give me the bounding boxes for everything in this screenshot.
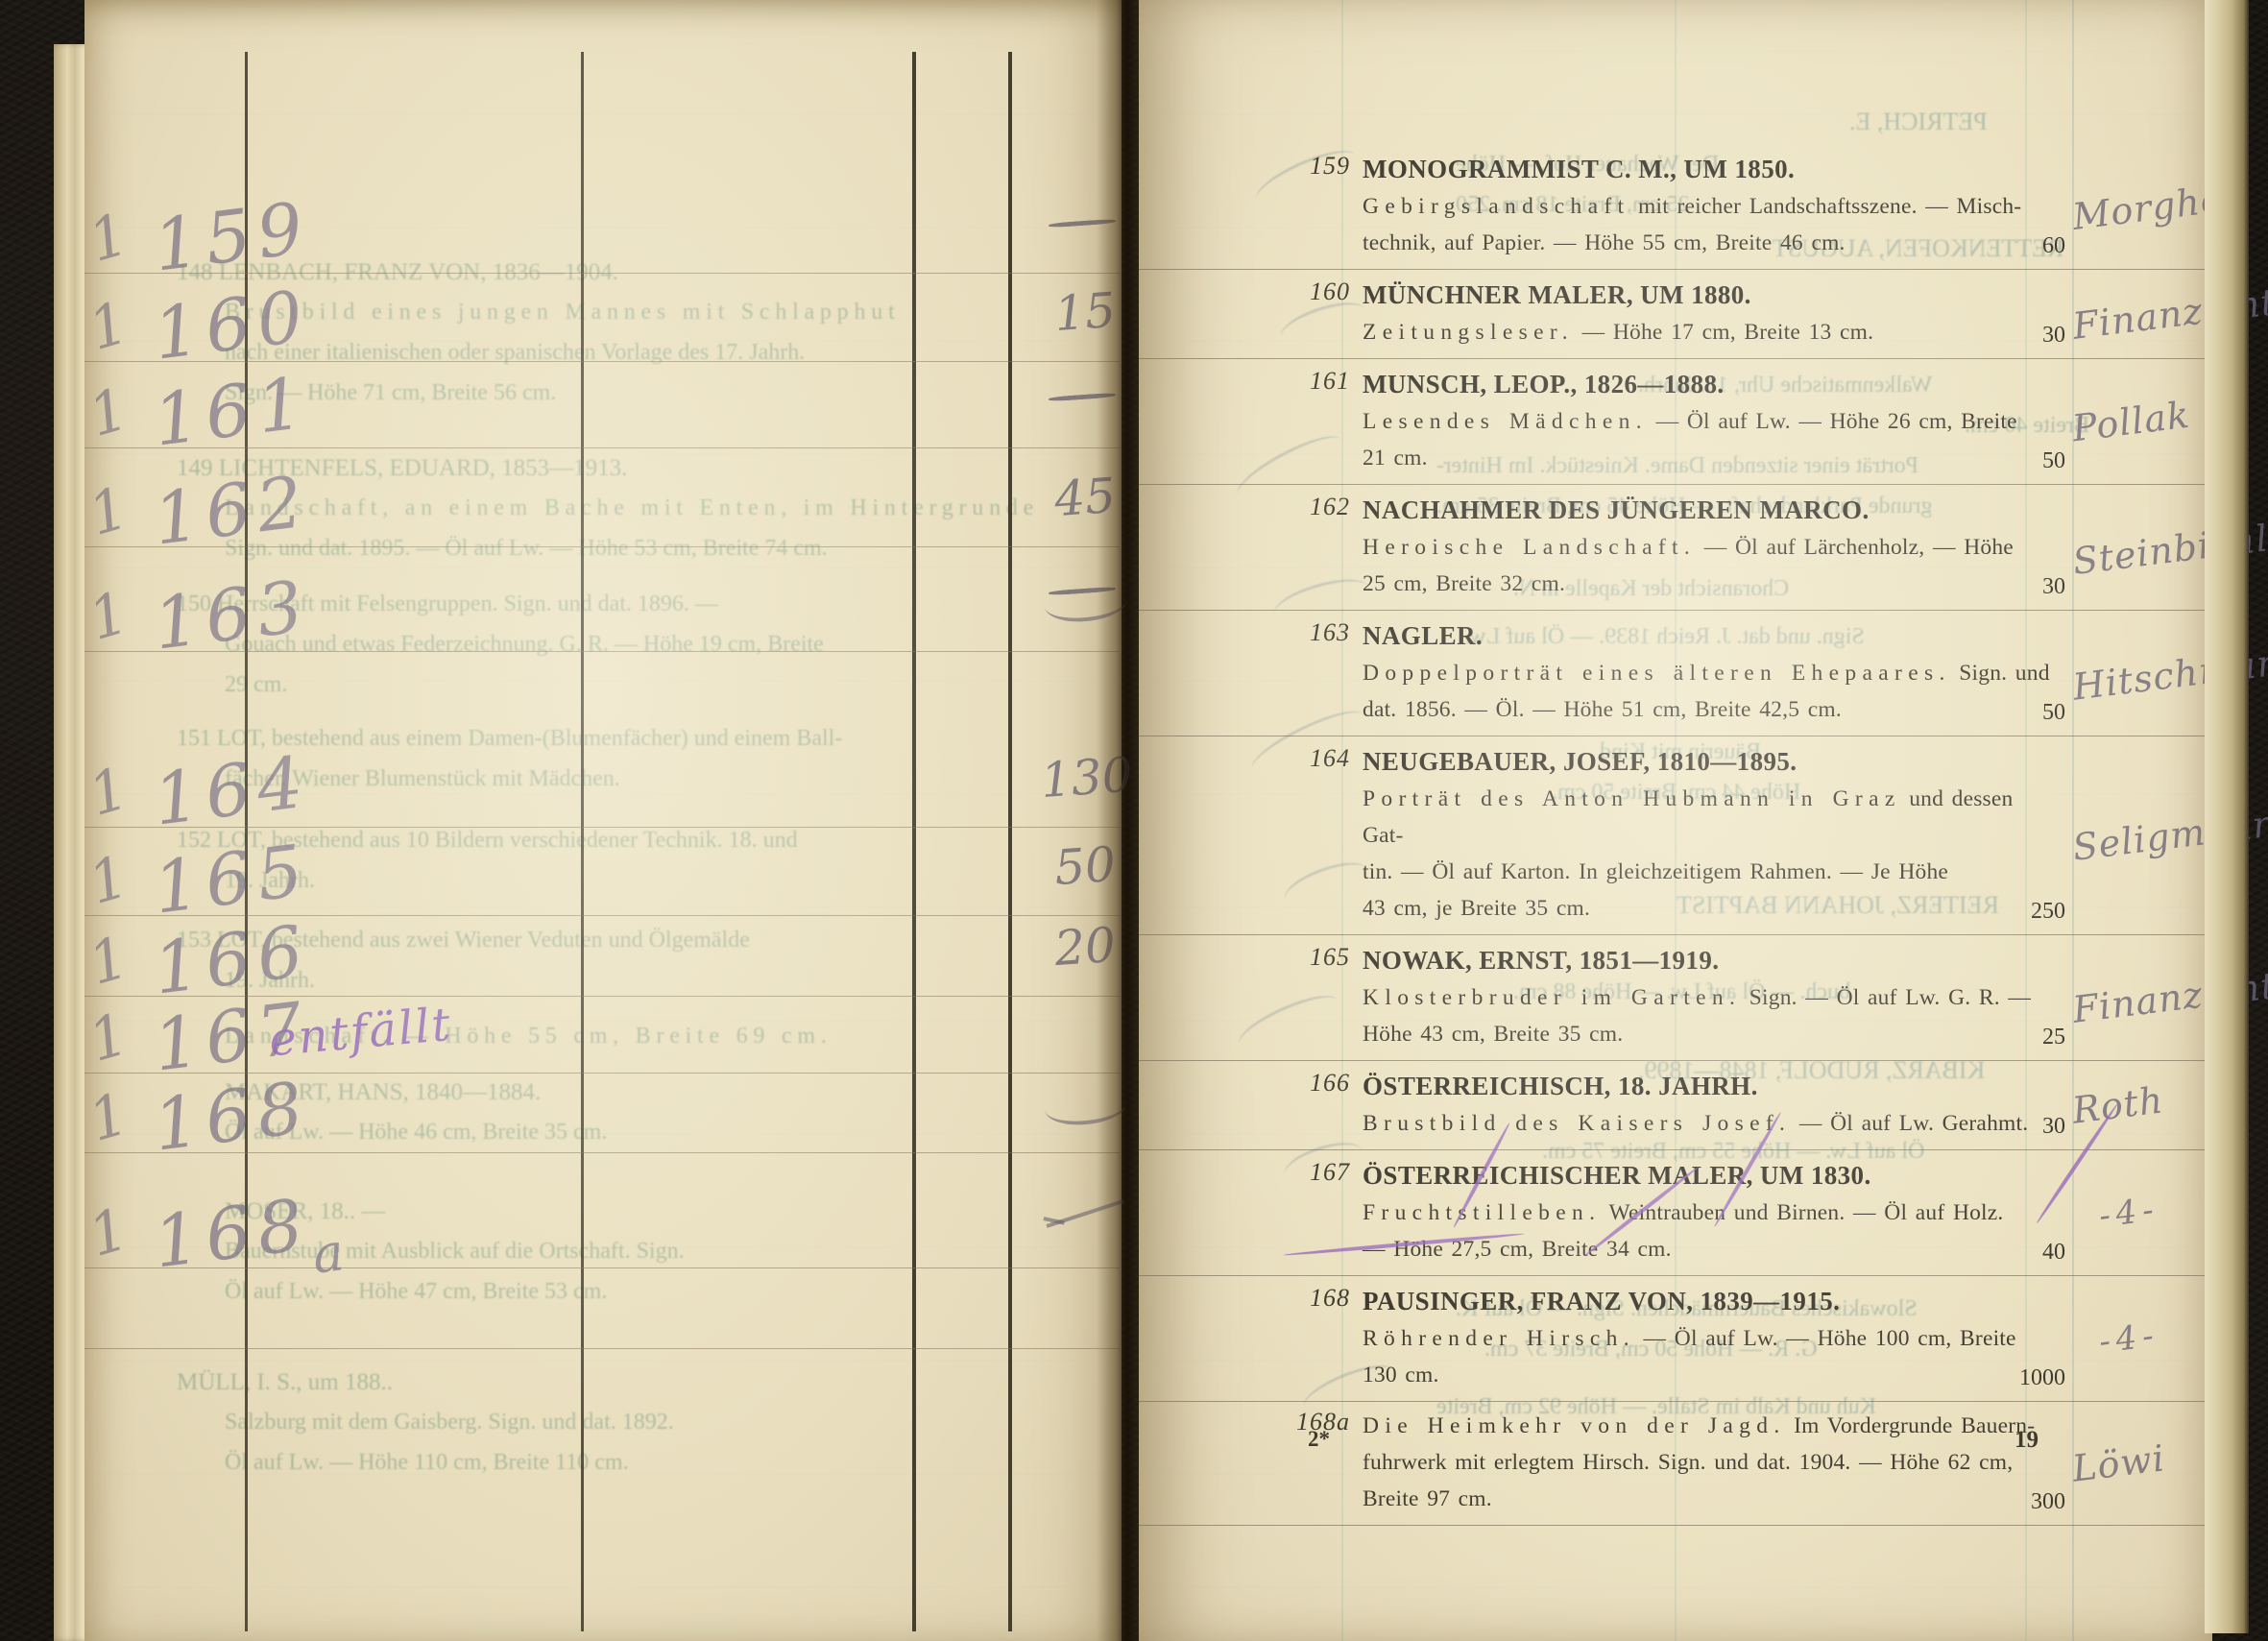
entry-text-line: fuhrwerk mit erlegtem Hirsch. Sign. und … [1363,1444,2054,1481]
text-segment: — Öl auf Lärchenholz, — Höhe [1696,535,2014,560]
lot-number: 165 [1139,943,1350,972]
price-value: 25 [2042,1025,2065,1050]
price-value: 40 [2042,1240,2065,1266]
entry-text-line: Brustbild des Kaisers Josef. — Öl auf Lw… [1363,1105,2054,1142]
text-segment: Weintrauben und Birnen. — Öl auf Holz. [1601,1200,2003,1225]
tally-mark: 1 [83,380,133,446]
entry-text-line: tin. — Öl auf Karton. In gleichzeitigem … [1363,854,2054,890]
price-value: 300 [2031,1489,2065,1515]
artist-line: NACHAHMER DES JÜNGEREN MARCO. [1363,491,2054,529]
margin-annotation: -4- [2097,1315,2161,1361]
artist-line: NEUGEBAUER, JOSEF, 1810—1895. [1363,742,2054,781]
handwritten-lot-number: 160 [150,282,313,369]
entry-text-line: Zeitungsleser. — Höhe 17 cm, Breite 13 c… [1363,314,2054,350]
margin-annotation: Pollak [2070,394,2192,450]
entry-text-line: Breite 97 cm. [1363,1481,2054,1517]
artist-line: ÖSTERREICHISCHER MALER, UM 1830. [1363,1156,2054,1195]
text-segment: Brustbild des Kaisers Josef. [1363,1111,1791,1136]
text-segment: 25 cm, Breite 32 cm. [1363,571,1565,596]
text-segment: Sign. und [1951,661,2050,686]
catalog-entry-160: 160MÜNCHNER MALER, UM 1880.Zeitungsleser… [1139,270,2212,359]
margin-annotation: Löwi [2070,1436,2167,1489]
catalog-entry-165: 165NOWAK, ERNST, 1851—1919.Klosterbruder… [1139,935,2212,1061]
catalog-entry-163: 163NAGLER.Doppelporträt eines älteren Eh… [1139,611,2212,736]
handwritten-lot-number: 162 [150,468,313,554]
tally-mark: 1 [83,294,133,359]
lot-number: 166 [1139,1069,1350,1098]
price-value: 30 [2042,1114,2065,1140]
lot-number: 162 [1139,493,1350,521]
handwritten-lot-number: 164 [150,748,313,834]
tally-mark: 1 [83,584,133,649]
artist-line: NAGLER. [1363,616,2054,655]
text-segment: Breite 97 cm. [1363,1486,1492,1511]
tally-mark: 1 [83,929,133,994]
artist-line: MONOGRAMMIST C. M., UM 1850. [1363,150,2054,188]
ghost-text-mirrored: PETRICH, E. [1849,108,1988,136]
scanned-book-photo: { "left_page": { "rows": [ {"tally":"1",… [0,0,2268,1641]
text-segment: 21 cm. [1363,446,1428,471]
entry-text-line: 21 cm. [1363,440,2054,476]
ledger-row-166: 116620 [84,915,1120,997]
text-segment: — Höhe 27,5 cm, Breite 34 cm. [1363,1237,1672,1262]
catalog-page-right: PETRICH, E.Der Wachauer Hof. — Höhe25 cm… [1139,0,2212,1641]
text-segment: — Höhe 17 cm, Breite 13 cm. [1574,320,1873,345]
handwritten-lot-number: 163 [150,572,313,659]
artist-line: PAUSINGER, FRANZ VON, 1839—1915. [1363,1282,2054,1320]
entry-text-line: Porträt des Anton Hubmann in Graz und de… [1363,781,2054,854]
text-segment: dat. 1856. — Öl. — Höhe 51 cm, Breite 42… [1363,697,1842,722]
price-value: 50 [2042,700,2065,726]
text-segment: 130 cm. [1363,1363,1439,1388]
entry-text-line: 130 cm. [1363,1357,2054,1393]
entry-text-line: Röhrender Hirsch. — Öl auf Lw. — Höhe 10… [1363,1320,2054,1357]
entry-text-line: technik, auf Papier. — Höhe 55 cm, Breit… [1363,225,2054,261]
catalog-entry-167: 167ÖSTERREICHISCHER MALER, UM 1830.Fruch… [1139,1150,2212,1276]
ledger-row-160: 116015 [84,273,1120,362]
signature-mark: 2* [1308,1427,1330,1452]
tally-mark: 1 [83,848,133,913]
text-segment: technik, auf Papier. — Höhe 55 cm, Breit… [1363,230,1846,255]
artist-line: MÜNCHNER MALER, UM 1880. [1363,276,2054,314]
catalog-entry-162: 162NACHAHMER DES JÜNGEREN MARCO.Heroisch… [1139,485,2212,611]
text-segment: Höhe 43 cm, Breite 35 cm. [1363,1022,1623,1047]
entry-text-line: Lesendes Mädchen. — Öl auf Lw. — Höhe 26… [1363,403,2054,440]
price-value: 250 [2031,899,2065,925]
ledger-row-159: 1159 [84,187,1120,274]
lot-number: 164 [1139,744,1350,773]
entry-text-line: dat. 1856. — Öl. — Höhe 51 cm, Breite 42… [1363,691,2054,728]
text-segment: — Öl auf Lw. — Höhe 26 cm, Breite [1648,409,2017,434]
text-segment: tin. — Öl auf Karton. In gleichzeitigem … [1363,859,1948,884]
text-segment: Im Vordergrunde Bauern- [1786,1413,2036,1438]
catalog-entry-166: 166ÖSTERREICHISCH, 18. JAHRH.Brustbild d… [1139,1061,2212,1150]
catalog-entry-161: 161MUNSCH, LEOP., 1826—1888.Lesendes Mäd… [1139,359,2212,485]
lot-number: 163 [1139,618,1350,647]
tally-mark: 1 [83,205,133,271]
text-segment: Sign. — Öl auf Lw. G. R. — [1741,985,2031,1010]
tally-mark: 1 [83,1200,133,1266]
ledger-row-162: 116245 [84,447,1120,547]
entry-text-line: Heroische Landschaft. — Öl auf Lärchenho… [1363,529,2054,566]
text-segment: fuhrwerk mit erlegtem Hirsch. Sign. und … [1363,1450,2013,1475]
text-segment: Doppelporträt eines älteren Ehepaares. [1363,661,1951,686]
entry-text-line: 25 cm, Breite 32 cm. [1363,566,2054,602]
catalog-entries: 159MONOGRAMMIST C. M., UM 1850.Gebirgsla… [1139,144,2212,1526]
price-value: 50 [2042,448,2065,474]
entry-text-line: Höhe 43 cm, Breite 35 cm. [1363,1016,2054,1052]
ledger-row-empty [84,1267,1120,1349]
tally-mark: 1 [83,1005,133,1071]
text-segment: Porträt des Anton Hubmann in Graz [1363,786,1901,811]
price-value: 1000 [2019,1365,2065,1391]
ledger-row-163: 1163 [84,546,1120,652]
entry-text-line: 43 cm, je Breite 35 cm. [1363,890,2054,927]
text-segment: Heroische Landschaft. [1363,535,1696,560]
ghost-text: Öl auf Lw. — Höhe 110 cm, Breite 110 cm. [225,1450,629,1476]
price-value: 30 [2042,323,2065,349]
ledger-row-165: 116550 [84,827,1120,916]
ledger-row-161: 1161 [84,361,1120,448]
text-segment: Klosterbruder im Garten. [1363,985,1741,1010]
ghost-text: Salzburg mit dem Gaisberg. Sign. und dat… [225,1410,674,1436]
page-number: 19 [2015,1427,2039,1454]
catalog-entry-168a: 168aDie Heimkehr von der Jagd. Im Vorder… [1139,1402,2212,1526]
text-segment: mit reicher Landschaftsszene. — Misch- [1629,194,2021,219]
ledger-row-164: 1164130 [84,651,1120,828]
catalog-entry-168: 168PAUSINGER, FRANZ VON, 1839—1915.Röhre… [1139,1276,2212,1402]
tally-mark: 1 [83,479,133,544]
text-segment: Gebirgslandschaft [1363,194,1629,219]
lot-number: 167 [1139,1158,1350,1187]
text-segment: 43 cm, je Breite 35 cm. [1363,896,1590,921]
artist-line: MUNSCH, LEOP., 1826—1888. [1363,365,2054,403]
lot-number: 159 [1139,152,1350,181]
ledger-row-167: 1167entfällt [84,996,1120,1074]
margin-annotation: Roth [2070,1078,2166,1131]
entry-text-line: Die Heimkehr von der Jagd. Im Vordergrun… [1363,1408,2054,1444]
artist-line: NOWAK, ERNST, 1851—1919. [1363,941,2054,979]
text-segment: — Öl auf Lw. Gerahmt. [1791,1111,2028,1136]
ledger-row-168a: 1168a [84,1152,1120,1268]
text-segment: Zeitungsleser. [1363,320,1574,345]
ledger-row-168: 1168 [84,1073,1120,1153]
text-segment: Röhrender Hirsch. [1363,1326,1635,1351]
artist-line: ÖSTERREICHISCH, 18. JAHRH. [1363,1067,2054,1105]
text-segment: — Öl auf Lw. — Höhe 100 cm, Breite [1635,1326,2016,1351]
text-segment: Lesendes Mädchen. [1363,409,1648,434]
handwritten-lot-number: 168a [150,1187,344,1276]
entry-text-line: Klosterbruder im Garten. Sign. — Öl auf … [1363,979,2054,1016]
catalog-entry-159: 159MONOGRAMMIST C. M., UM 1850.Gebirgsla… [1139,144,2212,270]
ghost-text: MÜLL, I. S., um 188.. [177,1369,393,1396]
handwritten-lot-number: 168 [150,1074,313,1160]
handwritten-lot-number: 165 [150,836,313,923]
tally-mark: 1 [83,760,133,825]
lot-number: 168 [1139,1284,1350,1313]
text-segment: Fruchtstilleben. [1363,1200,1601,1225]
right-page-edge-stack [2205,0,2249,1633]
price-value: 30 [2042,574,2065,600]
lot-number: 161 [1139,367,1350,396]
entry-text-line: Doppelporträt eines älteren Ehepaares. S… [1363,655,2054,691]
entry-text-line: Gebirgslandschaft mit reicher Landschaft… [1363,188,2054,225]
ledger-page-left: 148 LENBACH, FRANZ VON, 1836—1904.Brustb… [84,0,1122,1641]
tally-mark: 1 [83,1085,133,1150]
handwritten-lot-number: 161 [150,369,313,455]
margin-annotation: -4- [2097,1190,2161,1235]
text-segment: Die Heimkehr von der Jagd. [1363,1413,1786,1438]
catalog-entry-164: 164NEUGEBAUER, JOSEF, 1810—1895.Porträt … [1139,736,2212,935]
handwritten-lot-number: 159 [150,194,313,280]
lot-number: 160 [1139,278,1350,306]
price-value: 60 [2042,233,2065,259]
